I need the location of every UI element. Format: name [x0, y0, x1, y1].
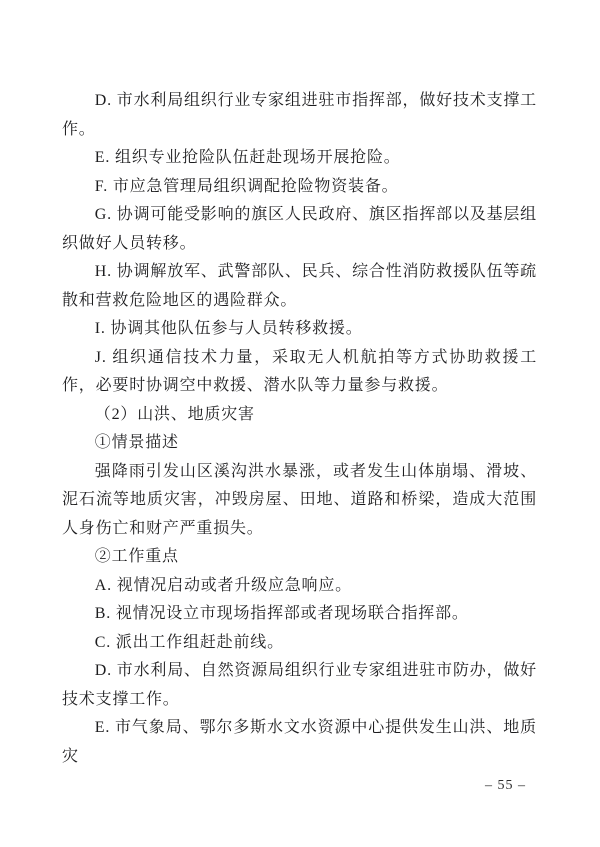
para-item-A2: A. 视情况启动或者升级应急响应。 — [62, 572, 537, 601]
section-heading-mountain-flood: （2）山洪、地质灾害 — [62, 401, 537, 430]
para-item-D: D. 市水利局组织行业专家组进驻市指挥部，做好技术支撑工作。 — [62, 87, 537, 144]
para-item-D2: D. 市水利局、自然资源局组织行业专家组进驻市防办，做好技术支撑工作。 — [62, 657, 537, 714]
para-scenario-text: 强降雨引发山区溪沟洪水暴涨，或者发生山体崩塌、滑坡、泥石流等地质灾害，冲毁房屋、… — [62, 458, 537, 544]
subheading-scenario-description: ①情景描述 — [62, 429, 537, 458]
para-item-F: F. 市应急管理局组织调配抢险物资装备。 — [62, 173, 537, 202]
para-item-E2: E. 市气象局、鄂尔多斯水文水资源中心提供发生山洪、地质灾 — [62, 714, 537, 771]
para-item-B2: B. 视情况设立市现场指挥部或者现场联合指挥部。 — [62, 600, 537, 629]
para-item-I: I. 协调其他队伍参与人员转移救援。 — [62, 315, 537, 344]
para-item-E: E. 组织专业抢险队伍赶赴现场开展抢险。 — [62, 144, 537, 173]
para-item-J: J. 组织通信技术力量，采取无人机航拍等方式协助救援工作，必要时协调空中救援、潜… — [62, 344, 537, 401]
para-item-G: G. 协调可能受影响的旗区人民政府、旗区指挥部以及基层组织做好人员转移。 — [62, 201, 537, 258]
subheading-work-focus: ②工作重点 — [62, 543, 537, 572]
page-number: – 55 – — [0, 778, 600, 794]
document-page: D. 市水利局组织行业专家组进驻市指挥部，做好技术支撑工作。 E. 组织专业抢险… — [0, 0, 600, 847]
document-body: D. 市水利局组织行业专家组进驻市指挥部，做好技术支撑工作。 E. 组织专业抢险… — [62, 87, 537, 771]
para-item-C2: C. 派出工作组赶赴前线。 — [62, 629, 537, 658]
para-item-H: H. 协调解放军、武警部队、民兵、综合性消防救援队伍等疏散和营救危险地区的遇险群… — [62, 258, 537, 315]
